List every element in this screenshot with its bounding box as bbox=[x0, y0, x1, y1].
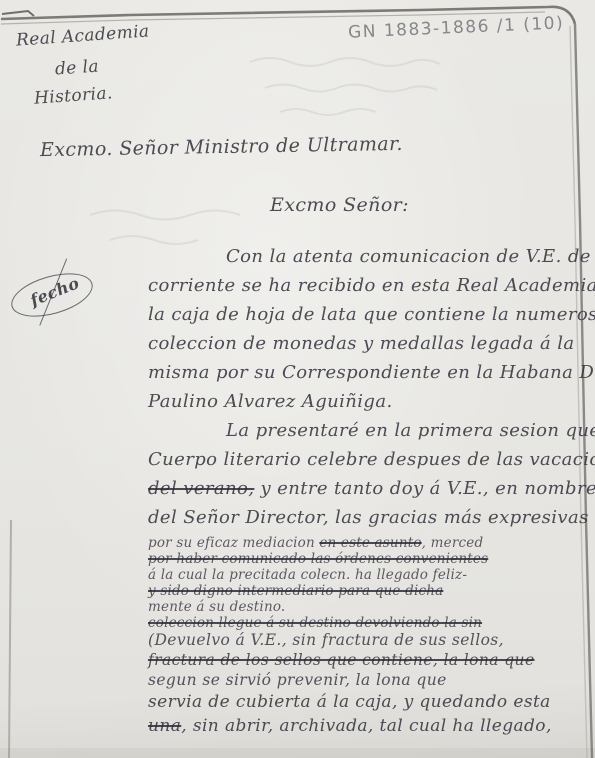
manuscript-text: misma por su Correspondiente en la Haban… bbox=[148, 362, 595, 383]
manuscript-text: , merced bbox=[422, 535, 484, 551]
manuscript-line: segun se sirvió prevenir, la lona que bbox=[148, 672, 595, 692]
manuscript-line: La presentaré en la primera sesion que e… bbox=[148, 420, 595, 449]
manuscript-text: la caja de hoja de lata que contiene la … bbox=[148, 304, 595, 325]
manuscript-line: coleccion de monedas y medallas legada á… bbox=[148, 333, 595, 362]
scanned-letter-page: Real Academia de la Historia. GN 1883-18… bbox=[0, 0, 595, 758]
manuscript-text: del Señor Director, las gracias más expr… bbox=[148, 507, 589, 528]
manuscript-line: del verano, y entre tanto doy á V.E., en… bbox=[148, 478, 595, 507]
manuscript-line: una, sin abrir, archivada, tal cual ha l… bbox=[148, 716, 595, 740]
manuscript-text: Paulino Alvarez Aguiñiga. bbox=[148, 391, 393, 412]
manuscript-text: Cuerpo literario celebre despues de las … bbox=[148, 449, 595, 470]
letterhead-line-3: Historia. bbox=[33, 83, 113, 108]
margin-annotation-fecho: fecho bbox=[6, 263, 98, 327]
archive-reference-pencil: GN 1883-1886 /1 (10) bbox=[348, 13, 565, 42]
manuscript-line: fractura de los sellos que contiene, la … bbox=[148, 652, 595, 672]
manuscript-line: Con la atenta comunicacion de V.E. de 5 … bbox=[148, 246, 595, 275]
struck-text: en este asunto bbox=[319, 535, 421, 551]
letterhead-line-1: Real Academia bbox=[15, 21, 150, 50]
letterhead-line-2: de la bbox=[54, 56, 99, 79]
manuscript-text: servia de cubierta á la caja, y quedando… bbox=[148, 692, 551, 712]
manuscript-line: Cuerpo literario celebre despues de las … bbox=[148, 449, 595, 478]
manuscript-text: , sin abrir, archivada, tal cual ha lleg… bbox=[181, 716, 552, 736]
struck-text: una bbox=[148, 716, 181, 736]
manuscript-text: (Devuelvo á V.E., sin fractura de sus se… bbox=[148, 631, 504, 649]
manuscript-text: Con la atenta comunicacion de V.E. de 5 … bbox=[226, 246, 595, 267]
manuscript-line: á la cual la precitada colecn. ha llegad… bbox=[148, 568, 595, 584]
manuscript-line: coleccion llegue á su destino devolviend… bbox=[148, 616, 595, 632]
manuscript-text: La presentaré en la primera sesion que e… bbox=[226, 420, 595, 441]
manuscript-text: segun se sirvió prevenir, la lona que bbox=[148, 671, 447, 689]
manuscript-text: coleccion de monedas y medallas legada á… bbox=[148, 333, 575, 354]
manuscript-text: por su eficaz mediacion bbox=[148, 535, 319, 551]
manuscript-text: mente á su destino. bbox=[148, 599, 285, 615]
manuscript-line: Paulino Alvarez Aguiñiga. bbox=[148, 391, 595, 420]
struck-text: fractura de los sellos que contiene, la … bbox=[148, 651, 535, 669]
manuscript-line: por su eficaz mediacion en este asunto, … bbox=[148, 536, 595, 552]
struck-text: coleccion llegue á su destino devolviend… bbox=[148, 615, 482, 631]
struck-text: del verano, bbox=[148, 478, 254, 499]
manuscript-line: servia de cubierta á la caja, y quedando… bbox=[148, 692, 595, 716]
struck-text: y sido digno intermediario para que dich… bbox=[148, 583, 443, 599]
manuscript-text: á la cual la precitada colecn. ha llegad… bbox=[148, 567, 467, 583]
manuscript-line: corriente se ha recibido en esta Real Ac… bbox=[148, 275, 595, 304]
addressee-line: Excmo. Señor Ministro de Ultramar. bbox=[40, 133, 403, 161]
manuscript-line: (Devuelvo á V.E., sin fractura de sus se… bbox=[148, 632, 595, 652]
manuscript-text: y entre tanto doy á V.E., en nombre bbox=[254, 478, 595, 499]
manuscript-line: la caja de hoja de lata que contiene la … bbox=[148, 304, 595, 333]
struck-text: por haber comunicado las órdenes conveni… bbox=[148, 551, 488, 567]
manuscript-text: corriente se ha recibido en esta Real Ac… bbox=[148, 275, 595, 296]
manuscript-line: por haber comunicado las órdenes conveni… bbox=[148, 552, 595, 568]
letter-body: Con la atenta comunicacion de V.E. de 5 … bbox=[148, 246, 595, 740]
manuscript-line: del Señor Director, las gracias más expr… bbox=[148, 507, 595, 536]
salutation: Excmo Señor: bbox=[270, 194, 409, 216]
manuscript-line: y sido digno intermediario para que dich… bbox=[148, 584, 595, 600]
manuscript-line: misma por su Correspondiente en la Haban… bbox=[148, 362, 595, 391]
manuscript-line: mente á su destino. bbox=[148, 600, 595, 616]
